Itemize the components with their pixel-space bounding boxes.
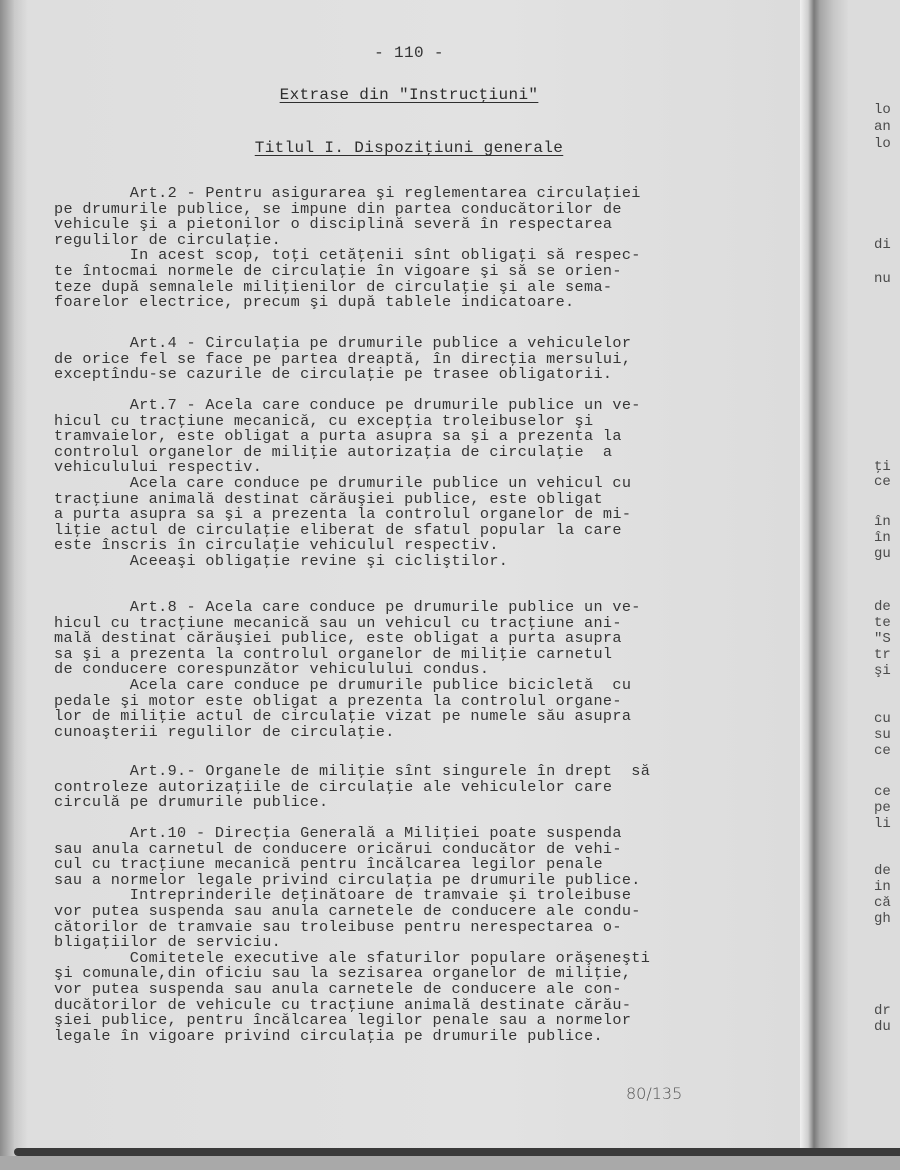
adjacent-page-fragment: su <box>874 728 891 742</box>
adjacent-page-fragment: că <box>874 896 891 910</box>
adjacent-page-fragment: nu <box>874 272 891 286</box>
paragraph-art-2: Art.2 - Pentru asigurarea şi reglementar… <box>54 186 641 311</box>
adjacent-page-fragment: te <box>874 616 891 630</box>
text-line: foarelor electrice, precum şi după table… <box>54 295 641 311</box>
adjacent-page-fragment: cu <box>874 712 891 726</box>
text-line: cunoaşterii regulilor de circulaţie. <box>54 725 641 741</box>
paragraph-art-8: Art.8 - Acela care conduce pe drumurile … <box>54 600 641 740</box>
paragraph-art-9: Art.9.- Organele de miliţie sînt singure… <box>54 764 650 811</box>
adjacent-page-fragment: pe <box>874 801 891 815</box>
text-line: Aceeaşi obligaţie revine şi cicliştilor. <box>54 554 641 570</box>
adjacent-page-fragment: în <box>874 531 891 545</box>
adjacent-page-fragment: ţi <box>874 460 891 474</box>
adjacent-page-fragment: di <box>874 238 891 252</box>
adjacent-page-fragment: ce <box>874 475 891 489</box>
adjacent-page-fragment: ce <box>874 785 891 799</box>
text-line: circulă pe drumurile publice. <box>54 795 650 811</box>
text-line: legale în vigoare privind circulaţia pe … <box>54 1029 650 1045</box>
document-title: Extrase din "Instrucţiuni" <box>14 88 804 104</box>
adjacent-page-fragment: li <box>874 817 891 831</box>
adjacent-page-fragment: tr <box>874 648 891 662</box>
text-line: exceptîndu-se cazurile de circulaţie pe … <box>54 367 631 383</box>
adjacent-page-fragment: du <box>874 1020 891 1034</box>
adjacent-page-fragment: lo <box>874 137 891 151</box>
adjacent-page <box>848 0 900 1150</box>
page-number: - 110 - <box>14 46 804 62</box>
paragraph-art-10: Art.10 - Direcţia Generală a Miliţiei po… <box>54 826 650 1044</box>
section-heading: Titlul I. Dispoziţiuni generale <box>14 141 804 157</box>
adjacent-page-fragment: gu <box>874 547 891 561</box>
adjacent-page-fragment: "S <box>874 632 891 646</box>
adjacent-page-fragment: de <box>874 864 891 878</box>
adjacent-page-fragment: şi <box>874 664 891 678</box>
book-spine-gutter <box>800 0 848 1150</box>
paragraph-art-4: Art.4 - Circulaţia pe drumurile publice … <box>54 336 631 383</box>
adjacent-page-fragment: gh <box>874 912 891 926</box>
adjacent-page-fragment: dr <box>874 1004 891 1018</box>
document-page: - 110 - Extrase din "Instrucţiuni" Titlu… <box>14 0 804 1150</box>
section-heading-text: Titlul I. Dispoziţiuni generale <box>255 139 564 157</box>
adjacent-page-fragment: lo <box>874 103 891 117</box>
adjacent-page-fragment: de <box>874 600 891 614</box>
scanner-bed <box>0 1156 900 1170</box>
document-title-text: Extrase din "Instrucţiuni" <box>280 86 539 104</box>
adjacent-page-fragment: în <box>874 515 891 529</box>
paragraph-art-7: Art.7 - Acela care conduce pe drumurile … <box>54 398 641 570</box>
adjacent-page-fragment: an <box>874 120 891 134</box>
adjacent-page-fragment: in <box>874 880 891 894</box>
adjacent-page-fragment: ce <box>874 744 891 758</box>
page-bottom-edge <box>14 1148 900 1156</box>
folio-number: 80/135 <box>626 1084 682 1103</box>
